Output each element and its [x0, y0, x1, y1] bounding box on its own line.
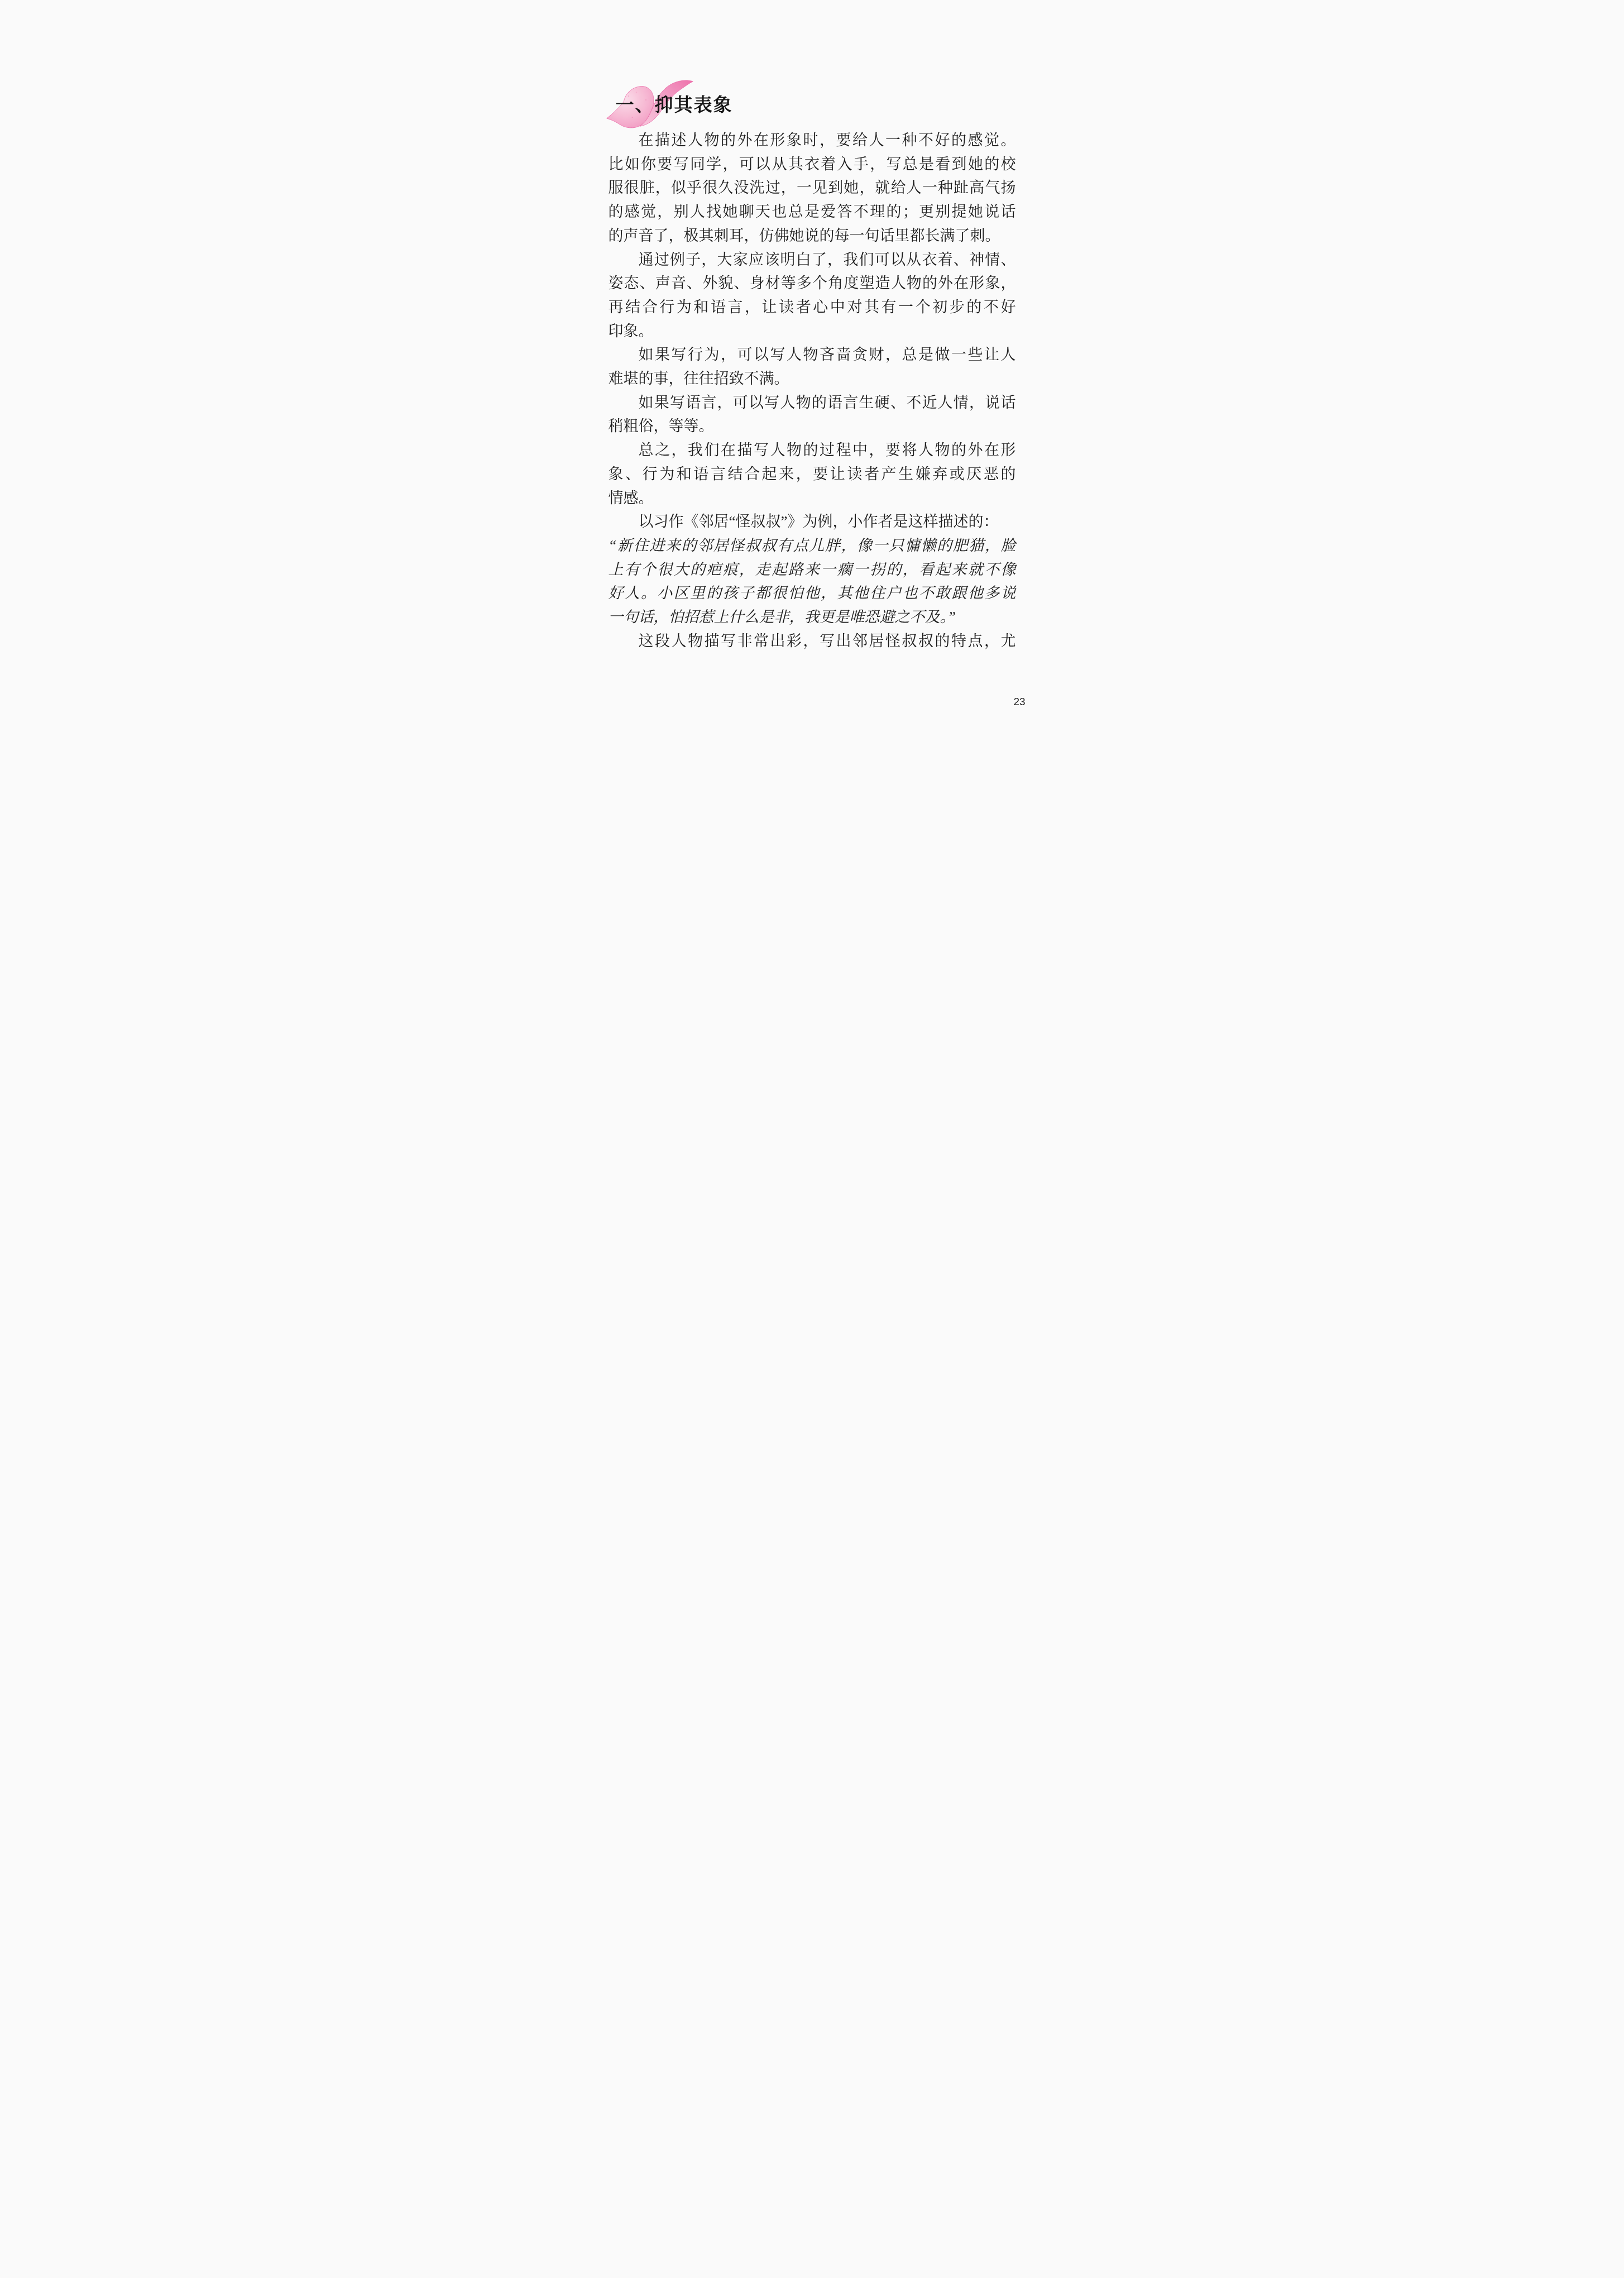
- text-line: 这段人物描写非常出彩，写出邻居怪叔叔的特点，尤: [609, 629, 1016, 653]
- body-paragraph: 这段人物描写非常出彩，写出邻居怪叔叔的特点，尤: [609, 629, 1016, 653]
- text-line: 上有个很大的疤痕，走起路来一瘸一拐的，看起来就不像: [609, 558, 1016, 582]
- text-line: 通过例子，大家应该明白了，我们可以从衣着、神情、: [609, 248, 1016, 272]
- text-line: 服很脏，似乎很久没洗过，一见到她，就给人一种趾高气扬: [609, 176, 1016, 200]
- text-line: 的声音了，极其刺耳，仿佛她说的每一句话里都长满了刺。: [609, 224, 1016, 248]
- text-line: 在描述人物的外在形象时，要给人一种不好的感觉。: [609, 128, 1016, 152]
- text-line: 总之，我们在描写人物的过程中，要将人物的外在形: [609, 438, 1016, 462]
- text-line: 的感觉，别人找她聊天也总是爱答不理的；更别提她说话: [609, 200, 1016, 224]
- body-paragraph: 在描述人物的外在形象时，要给人一种不好的感觉。比如你要写同学，可以从其衣着入手，…: [609, 128, 1016, 248]
- text-line: 再结合行为和语言，让读者心中对其有一个初步的不好: [609, 295, 1016, 319]
- text-line: 好人。小区里的孩子都很怕他，其他住户也不敢跟他多说: [609, 581, 1016, 605]
- text-line: 一句话，怕招惹上什么是非，我更是唯恐避之不及。”: [609, 605, 1016, 629]
- text-line: 印象。: [609, 319, 1016, 343]
- quoted-example-paragraph: “新住进来的邻居怪叔叔有点儿胖，像一只慵懒的肥猫，脸上有个很大的疤痕，走起路来一…: [609, 534, 1016, 629]
- page-number: 23: [1014, 696, 1026, 709]
- text-line: 姿态、声音、外貌、身材等多个角度塑造人物的外在形象，: [609, 271, 1016, 295]
- section-heading: 一、抑其表象: [616, 94, 733, 116]
- text-line: “新住进来的邻居怪叔叔有点儿胖，像一只慵懒的肥猫，脸: [609, 534, 1016, 558]
- body-paragraph: 以习作《邻居“怪叔叔”》为例，小作者是这样描述的：: [609, 510, 1016, 534]
- text-line: 象、行为和语言结合起来，要让读者产生嫌弃或厌恶的: [609, 462, 1016, 486]
- body-paragraph: 通过例子，大家应该明白了，我们可以从衣着、神情、姿态、声音、外貌、身材等多个角度…: [609, 248, 1016, 343]
- text-line: 稍粗俗，等等。: [609, 414, 1016, 438]
- text-line: 以习作《邻居“怪叔叔”》为例，小作者是这样描述的：: [609, 510, 1016, 534]
- text-line: 如果写语言，可以写人物的语言生硬、不近人情，说话: [609, 391, 1016, 415]
- body-paragraph: 总之，我们在描写人物的过程中，要将人物的外在形象、行为和语言结合起来，要让读者产…: [609, 438, 1016, 510]
- body-paragraph: 如果写行为，可以写人物吝啬贪财，总是做一些让人难堪的事，往往招致不满。: [609, 343, 1016, 390]
- page-body-text: 在描述人物的外在形象时，要给人一种不好的感觉。比如你要写同学，可以从其衣着入手，…: [609, 128, 1016, 653]
- text-line: 情感。: [609, 486, 1016, 510]
- body-paragraph: 如果写语言，可以写人物的语言生硬、不近人情，说话稍粗俗，等等。: [609, 391, 1016, 438]
- text-line: 比如你要写同学，可以从其衣着入手，写总是看到她的校: [609, 152, 1016, 176]
- text-line: 如果写行为，可以写人物吝啬贪财，总是做一些让人: [609, 343, 1016, 367]
- text-line: 难堪的事，往往招致不满。: [609, 367, 1016, 391]
- book-page: 一、抑其表象 在描述人物的外在形象时，要给人一种不好的感觉。比如你要写同学，可以…: [542, 0, 1083, 759]
